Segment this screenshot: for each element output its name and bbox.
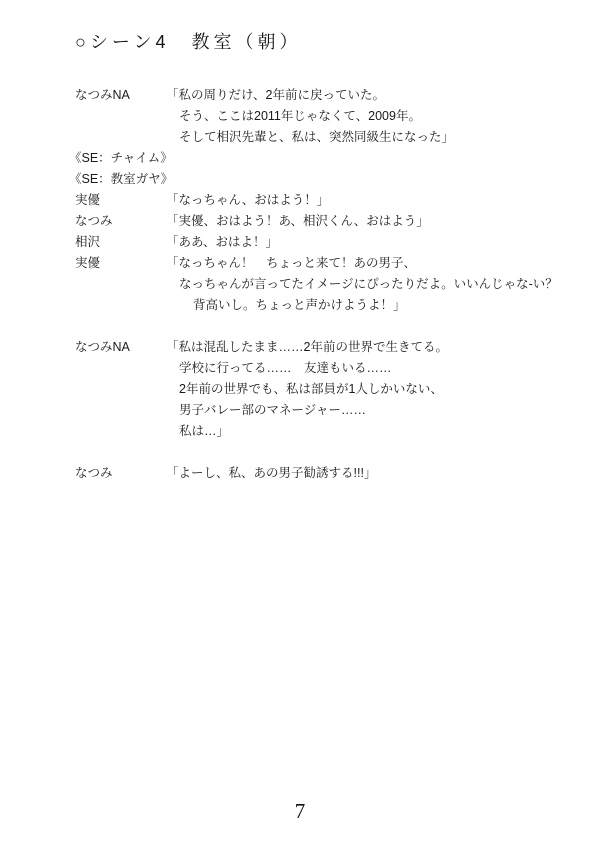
script-row: そう、ここは2011年じゃなくて、2009年。 (75, 106, 585, 127)
speaker-name (75, 358, 166, 379)
script-row: 相沢「ああ、おはよ！」 (75, 232, 585, 253)
block-spacer (75, 442, 585, 463)
script-row: 実優「なっちゃん、おはよう！」 (75, 190, 585, 211)
script-row: そして相沢先輩と、私は、突然同級生になった」 (75, 127, 585, 148)
scene-heading: ○シーン4 教室（朝） (75, 30, 585, 54)
dialogue-line: そう、ここは2011年じゃなくて、2009年。 (166, 106, 421, 127)
script-row: なっちゃんが言ってたイメージにぴったりだよ。いいんじゃな-い？ (75, 274, 585, 295)
dialogue-line: 「よーし、私、あの男子勧誘する!!!」 (166, 463, 376, 484)
speaker-name (75, 421, 166, 442)
speaker-name: なつみ (75, 211, 166, 232)
speaker-name (75, 106, 166, 127)
speaker-name (75, 127, 166, 148)
script-row: 2年前の世界でも、私は部員が1人しかいない、 (75, 379, 585, 400)
script-body: なつみNA「私の周りだけ、2年前に戻っていた。そう、ここは2011年じゃなくて、… (75, 85, 585, 484)
speaker-name: なつみNA (75, 85, 166, 106)
script-content: ○シーン4 教室（朝） なつみNA「私の周りだけ、2年前に戻っていた。そう、ここ… (75, 30, 585, 484)
script-page: ○シーン4 教室（朝） なつみNA「私の周りだけ、2年前に戻っていた。そう、ここ… (0, 0, 600, 849)
dialogue-line: 学校に行ってる…… 友達もいる…… (166, 358, 392, 379)
speaker-name: なつみ (75, 463, 166, 484)
speaker-name: 実優 (75, 253, 166, 274)
dialogue-line: 「私の周りだけ、2年前に戻っていた。 (166, 85, 385, 106)
dialogue-line: 背高いし。ちょっと声かけようよ！」 (166, 295, 406, 316)
script-row: 男子バレー部のマネージャー…… (75, 400, 585, 421)
dialogue-line: なっちゃんが言ってたイメージにぴったりだよ。いいんじゃな-い？ (166, 274, 558, 295)
dialogue-line: そして相沢先輩と、私は、突然同級生になった」 (166, 127, 454, 148)
script-row: なつみNA「私は混乱したまま……2年前の世界で生きてる。 (75, 337, 585, 358)
speaker-name: 相沢 (75, 232, 166, 253)
speaker-name (75, 274, 166, 295)
dialogue-line: 「私は混乱したまま……2年前の世界で生きてる。 (166, 337, 448, 358)
script-row: 背高いし。ちょっと声かけようよ！」 (75, 295, 585, 316)
script-row: なつみ「よーし、私、あの男子勧誘する!!!」 (75, 463, 585, 484)
dialogue-line: 男子バレー部のマネージャー…… (166, 400, 366, 421)
script-row: 私は…」 (75, 421, 585, 442)
speaker-name: なつみNA (75, 337, 166, 358)
speaker-name (75, 379, 166, 400)
dialogue-line: 「実優、おはよう！あ、相沢くん、おはよう」 (166, 211, 429, 232)
se-line: 《SE：チャイム》 (69, 148, 585, 169)
dialogue-line: 「なっちゃん、おはよう！」 (166, 190, 329, 211)
se-line: 《SE：教室ガヤ》 (69, 169, 585, 190)
speaker-name (75, 400, 166, 421)
script-row: なつみ「実優、おはよう！あ、相沢くん、おはよう」 (75, 211, 585, 232)
dialogue-line: 私は…」 (166, 421, 229, 442)
script-row: 実優「なっちゃん！ ちょっと来て！あの男子、 (75, 253, 585, 274)
script-row: 学校に行ってる…… 友達もいる…… (75, 358, 585, 379)
page-number: 7 (0, 801, 600, 822)
speaker-name: 実優 (75, 190, 166, 211)
dialogue-line: 2年前の世界でも、私は部員が1人しかいない、 (166, 379, 443, 400)
block-spacer (75, 316, 585, 337)
dialogue-line: 「なっちゃん！ ちょっと来て！あの男子、 (166, 253, 416, 274)
script-row: なつみNA「私の周りだけ、2年前に戻っていた。 (75, 85, 585, 106)
speaker-name (75, 295, 166, 316)
dialogue-line: 「ああ、おはよ！」 (166, 232, 278, 253)
